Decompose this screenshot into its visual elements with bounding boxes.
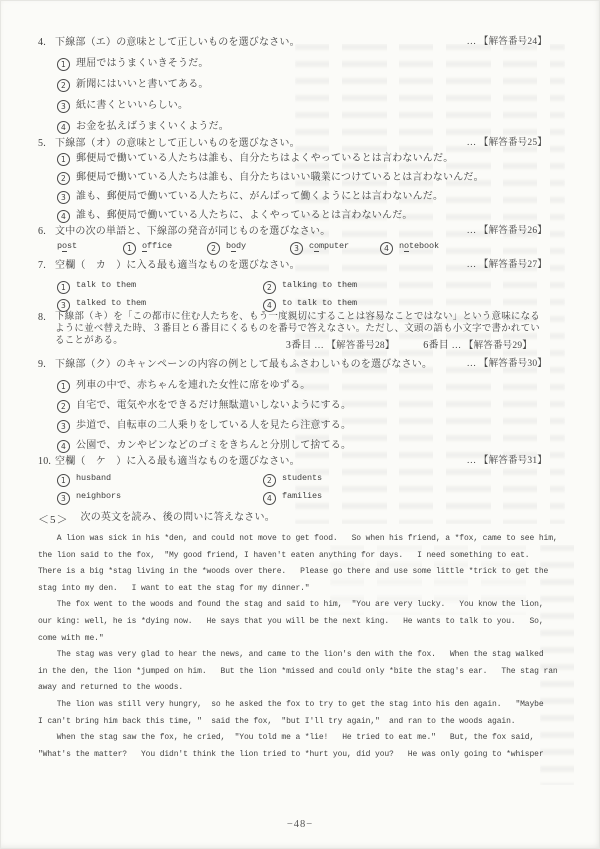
choice-row: 4notebook xyxy=(380,241,466,255)
choice-text: 誰も、郵便局で働いている人たちに、がんばって働くようにとは言わないんだ。 xyxy=(76,190,443,203)
choice-marker: 3 xyxy=(290,242,303,255)
answer-slot: 3番目 … 【解答番号28】 xyxy=(286,340,395,351)
choice-text: neighbors xyxy=(76,491,121,509)
choice-marker: 4 xyxy=(263,492,276,505)
choice-marker: 4 xyxy=(57,440,70,453)
choice-row: 2talking to them xyxy=(263,280,547,298)
question-10: 10. 空欄（ ケ ）に入る最も適当なものを選びなさい。 … 【解答番号31】 … xyxy=(38,455,547,509)
choice-row: 1郵便局で働いている人たちは誰も、自分たちはよくやっているとは言わないんだ。 xyxy=(57,152,547,171)
question-prompt: 下線部（オ）の意味として正しいものを選びなさい。 xyxy=(55,137,459,150)
choice-text: talk to them xyxy=(76,280,136,298)
answer-ref: … 【解答番号27】 xyxy=(459,259,547,271)
answer-ref: … 【解答番号29】 xyxy=(452,341,532,351)
choice-text: notebook xyxy=(399,241,439,255)
choice-row: 2新聞にはいいと書いてある。 xyxy=(57,78,547,99)
passage-line: the lion said to the fox, "My good frien… xyxy=(38,551,547,568)
question-5: 5. 下線部（オ）の意味として正しいものを選びなさい。 … 【解答番号25】 1… xyxy=(38,137,547,228)
choice-text: body xyxy=(226,241,246,255)
choice-row: 1office xyxy=(123,241,207,255)
question-number: 5. xyxy=(38,137,55,150)
passage-line: A lion was sick in his *den, and could n… xyxy=(38,534,547,551)
passage-line: our king: well, he is *dying now. He say… xyxy=(38,617,547,634)
question-number: 6. xyxy=(38,225,55,238)
section-5-heading: ＜5＞ 次の英文を読み、後の問いに答えなさい。 xyxy=(38,511,547,527)
section-instruction: 次の英文を読み、後の問いに答えなさい。 xyxy=(81,511,275,527)
answer-slot: 6番目 … 【解答番号29】 xyxy=(423,340,532,351)
question-number: 9. xyxy=(38,358,55,371)
choice-marker: 1 xyxy=(57,281,70,294)
question-4: 4. 下線部（エ）の意味として正しいものを選びなさい。 … 【解答番号24】 1… xyxy=(38,36,547,141)
choice-marker: 2 xyxy=(57,172,70,185)
question-prompt: 空欄（ カ ）に入る最も適当なものを選びなさい。 xyxy=(55,259,459,272)
choice-marker: 2 xyxy=(57,79,70,92)
question-number: 8. xyxy=(38,311,55,324)
choice-text: students xyxy=(282,473,322,491)
choice-text: 郵便局で働いている人たちは誰も、自分たちはよくやっているとは言わないんだ。 xyxy=(76,152,453,165)
passage-line: When the stag saw the fox, he cried, "Yo… xyxy=(38,733,547,750)
passage-line: "What's the matter? You didn't think the… xyxy=(38,750,547,767)
answer-ref: … 【解答番号30】 xyxy=(459,358,547,370)
answer-ref: … 【解答番号26】 xyxy=(459,225,547,237)
passage-line: There is a big *stag living in the *wood… xyxy=(38,567,547,584)
question-9: 9. 下線部（ク）のキャンペーンの内容の例として最もふさわしいものを選びなさい。… xyxy=(38,358,547,459)
choice-marker: 2 xyxy=(207,242,220,255)
passage-line: The stag was very glad to hear the news,… xyxy=(38,650,547,667)
choice-text: office xyxy=(142,241,172,255)
choice-row: 1husband xyxy=(57,473,263,491)
answer-ref: … 【解答番号24】 xyxy=(459,36,547,48)
choice-text: 列車の中で、赤ちゃんを連れた女性に席をゆずる。 xyxy=(76,379,310,392)
passage-line: come with me." xyxy=(38,634,547,651)
choice-text: 郵便局で働いている人たちは誰も、自分たちはいい職業につけているとは言わないんだ。 xyxy=(76,171,484,184)
choice-marker: 1 xyxy=(123,242,136,255)
question-prompt: 文中の次の単語と、下線部の発音が同じものを選びなさい。 xyxy=(55,225,459,238)
passage-line: The lion was still very hungry, so he as… xyxy=(38,700,547,717)
passage-line: The fox went to the woods and found the … xyxy=(38,600,547,617)
choice-marker: 3 xyxy=(57,191,70,204)
reading-passage: A lion was sick in his *den, and could n… xyxy=(38,534,547,766)
choice-row: 3neighbors xyxy=(57,491,263,509)
choice-text: families xyxy=(282,491,322,509)
pronunciation-word: post xyxy=(57,241,123,252)
question-prompt: 下線部（ク）のキャンペーンの内容の例として最もふさわしいものを選びなさい。 xyxy=(55,358,459,371)
answer-slot-label: 3番目 xyxy=(286,340,312,351)
answer-ref: … 【解答番号25】 xyxy=(459,137,547,149)
choice-text: 紙に書くといいらしい。 xyxy=(76,99,188,112)
choice-marker: 4 xyxy=(57,121,70,134)
choice-text: computer xyxy=(309,241,349,255)
choice-text: 自宅で、電気や水をできるだけ無駄遣いしないようにする。 xyxy=(76,399,351,412)
question-6: 6. 文中の次の単語と、下線部の発音が同じものを選びなさい。 … 【解答番号26… xyxy=(38,225,547,255)
passage-line: away and returned to the woods. xyxy=(38,683,547,700)
choice-text: 歩道で、自転車の二人乗りをしている人を見たら注意する。 xyxy=(76,419,351,432)
passage-line: in the den, the lion *jumped on him. But… xyxy=(38,667,547,684)
section-label: ＜5＞ xyxy=(38,511,69,527)
choice-row: 2students xyxy=(263,473,547,491)
answer-slot-label: 6番目 xyxy=(423,340,449,351)
choice-row: 1talk to them xyxy=(57,280,263,298)
question-number: 4. xyxy=(38,36,55,49)
choice-row: 3歩道で、自転車の二人乗りをしている人を見たら注意する。 xyxy=(57,419,547,439)
question-prompt: 空欄（ ケ ）に入る最も適当なものを選びなさい。 xyxy=(55,455,459,468)
choice-marker: 3 xyxy=(57,100,70,113)
answer-ref: … 【解答番号31】 xyxy=(459,455,547,467)
page-number: −48− xyxy=(0,819,600,830)
choice-text: 理屈ではうまくいきそうだ。 xyxy=(76,57,209,70)
question-number: 10. xyxy=(38,455,55,468)
choice-marker: 1 xyxy=(57,58,70,71)
choice-marker: 3 xyxy=(57,492,70,505)
question-8-answer-line: 3番目 … 【解答番号28】 6番目 … 【解答番号29】 xyxy=(38,339,547,352)
choice-row: 1理屈ではうまくいきそうだ。 xyxy=(57,57,547,78)
question-number: 7. xyxy=(38,259,55,272)
answer-ref: … 【解答番号28】 xyxy=(314,341,394,351)
question-7: 7. 空欄（ カ ）に入る最も適当なものを選びなさい。 … 【解答番号27】 1… xyxy=(38,259,547,316)
choice-marker: 1 xyxy=(57,474,70,487)
choice-row: 2自宅で、電気や水をできるだけ無駄遣いしないようにする。 xyxy=(57,399,547,419)
question-prompt: 下線部（エ）の意味として正しいものを選びなさい。 xyxy=(55,36,459,49)
choice-row: 4families xyxy=(263,491,547,509)
choice-text: husband xyxy=(76,473,111,491)
choice-text: 新聞にはいいと書いてある。 xyxy=(76,78,209,91)
choice-marker: 2 xyxy=(263,281,276,294)
choice-text: talking to them xyxy=(282,280,357,298)
choice-text: 公園で、カンやビンなどのゴミをきちんと分別して捨てる。 xyxy=(76,439,351,452)
passage-line: stag into my den. I want to eat the stag… xyxy=(38,584,547,601)
choice-row: 3computer xyxy=(290,241,380,255)
choice-marker: 3 xyxy=(57,420,70,433)
choice-marker: 4 xyxy=(380,242,393,255)
choice-text: 誰も、郵便局で働いている人たちに、よくやっているとは言わないんだ。 xyxy=(76,209,413,222)
choice-marker: 2 xyxy=(57,400,70,413)
choice-marker: 1 xyxy=(57,380,70,393)
choice-row: 3誰も、郵便局で働いている人たちに、がんばって働くようにとは言わないんだ。 xyxy=(57,190,547,209)
choice-row: 1列車の中で、赤ちゃんを連れた女性に席をゆずる。 xyxy=(57,379,547,399)
choice-row: 2郵便局で働いている人たちは誰も、自分たちはいい職業につけているとは言わないんだ… xyxy=(57,171,547,190)
choice-marker: 1 xyxy=(57,153,70,166)
choice-marker: 2 xyxy=(263,474,276,487)
choice-row: 3紙に書くといいらしい。 xyxy=(57,99,547,120)
choice-marker: 4 xyxy=(57,210,70,223)
scanned-exam-page: 4. 下線部（エ）の意味として正しいものを選びなさい。 … 【解答番号24】 1… xyxy=(0,0,600,849)
choice-row: 2body xyxy=(207,241,290,255)
choice-text: お金を払えばうまくいくようだ。 xyxy=(76,120,229,133)
passage-line: I can't bring him back this time, " said… xyxy=(38,717,547,734)
